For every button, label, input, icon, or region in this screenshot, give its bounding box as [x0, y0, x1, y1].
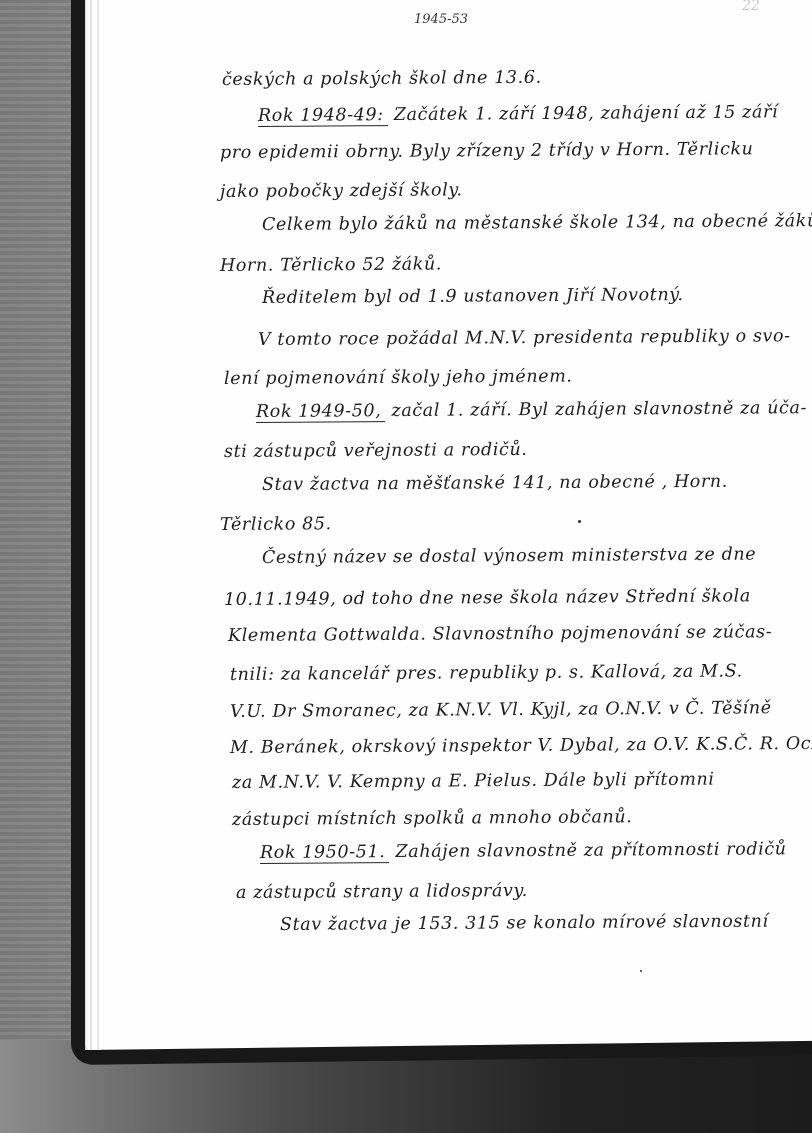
- text-line: Klementa Gottwalda. Slavnostního pojmeno…: [228, 622, 772, 646]
- text-line: zástupci místních spolků a mnoho občanů.: [232, 807, 633, 830]
- text-line: sti zástupců veřejnosti a rodičů.: [224, 440, 528, 462]
- text-line: Rok 1949-50, začal 1. září. Byl zahájen …: [256, 398, 807, 423]
- text-line: Stav žactva na měšťanské 141, na obecné …: [262, 472, 728, 495]
- text-line: M. Beránek, okrskový inspektor V. Dybal,…: [230, 734, 812, 758]
- text-line: Horn. Těrlicko 52 žáků.: [220, 254, 442, 276]
- text-line: českých a polských škol dne 13.6.: [222, 68, 542, 90]
- page-fold-edge: [85, 0, 101, 1050]
- text-line: a zástupců strany a lidosprávy.: [236, 881, 528, 903]
- text-line: Rok 1948-49: Začátek 1. září 1948, zaháj…: [258, 102, 778, 127]
- header-year-range: 1945-53: [414, 12, 468, 27]
- scan-speck: [578, 520, 581, 523]
- text-line: V.U. Dr Smoranec, za K.N.V. Vl. Kyjl, za…: [230, 698, 772, 722]
- text-line: za M.N.V. V. Kempny a E. Pielus. Dále by…: [232, 770, 715, 793]
- text-line: Rok 1950-51. Zahájen slavnostně za příto…: [260, 839, 787, 864]
- text-line: Čestný název se dostal výnosem ministers…: [262, 545, 756, 568]
- text-line: Celkem bylo žáků na městanské škole 134,…: [262, 211, 812, 235]
- text-line: 10.11.1949, od toho dne nese škola název…: [224, 586, 751, 610]
- text-line: Ředitelem byl od 1.9 ustanoven Jiří Novo…: [262, 285, 684, 308]
- text-line: Stav žactva je 153. 315 se konalo mírové…: [280, 912, 769, 935]
- text-line: lení pojmenování školy jeho jménem.: [224, 367, 573, 389]
- text-line: tnili: za kancelář pres. republiky p. s.…: [230, 661, 743, 685]
- year-heading-1950-51: Rok 1950-51.: [260, 842, 390, 864]
- scan-speck: [640, 970, 642, 972]
- text-line: V tomto roce požádal M.N.V. presidenta r…: [258, 326, 791, 350]
- text-line: jako pobočky zdejší školy.: [220, 180, 463, 202]
- year-heading-1948-49: Rok 1948-49:: [258, 105, 388, 127]
- text-line: Těrlicko 85.: [220, 514, 332, 535]
- year-heading-1949-50: Rok 1949-50,: [256, 401, 386, 423]
- text-line: pro epidemii obrny. Byly zřízeny 2 třídy…: [220, 139, 754, 163]
- page-number: 22: [742, 0, 760, 14]
